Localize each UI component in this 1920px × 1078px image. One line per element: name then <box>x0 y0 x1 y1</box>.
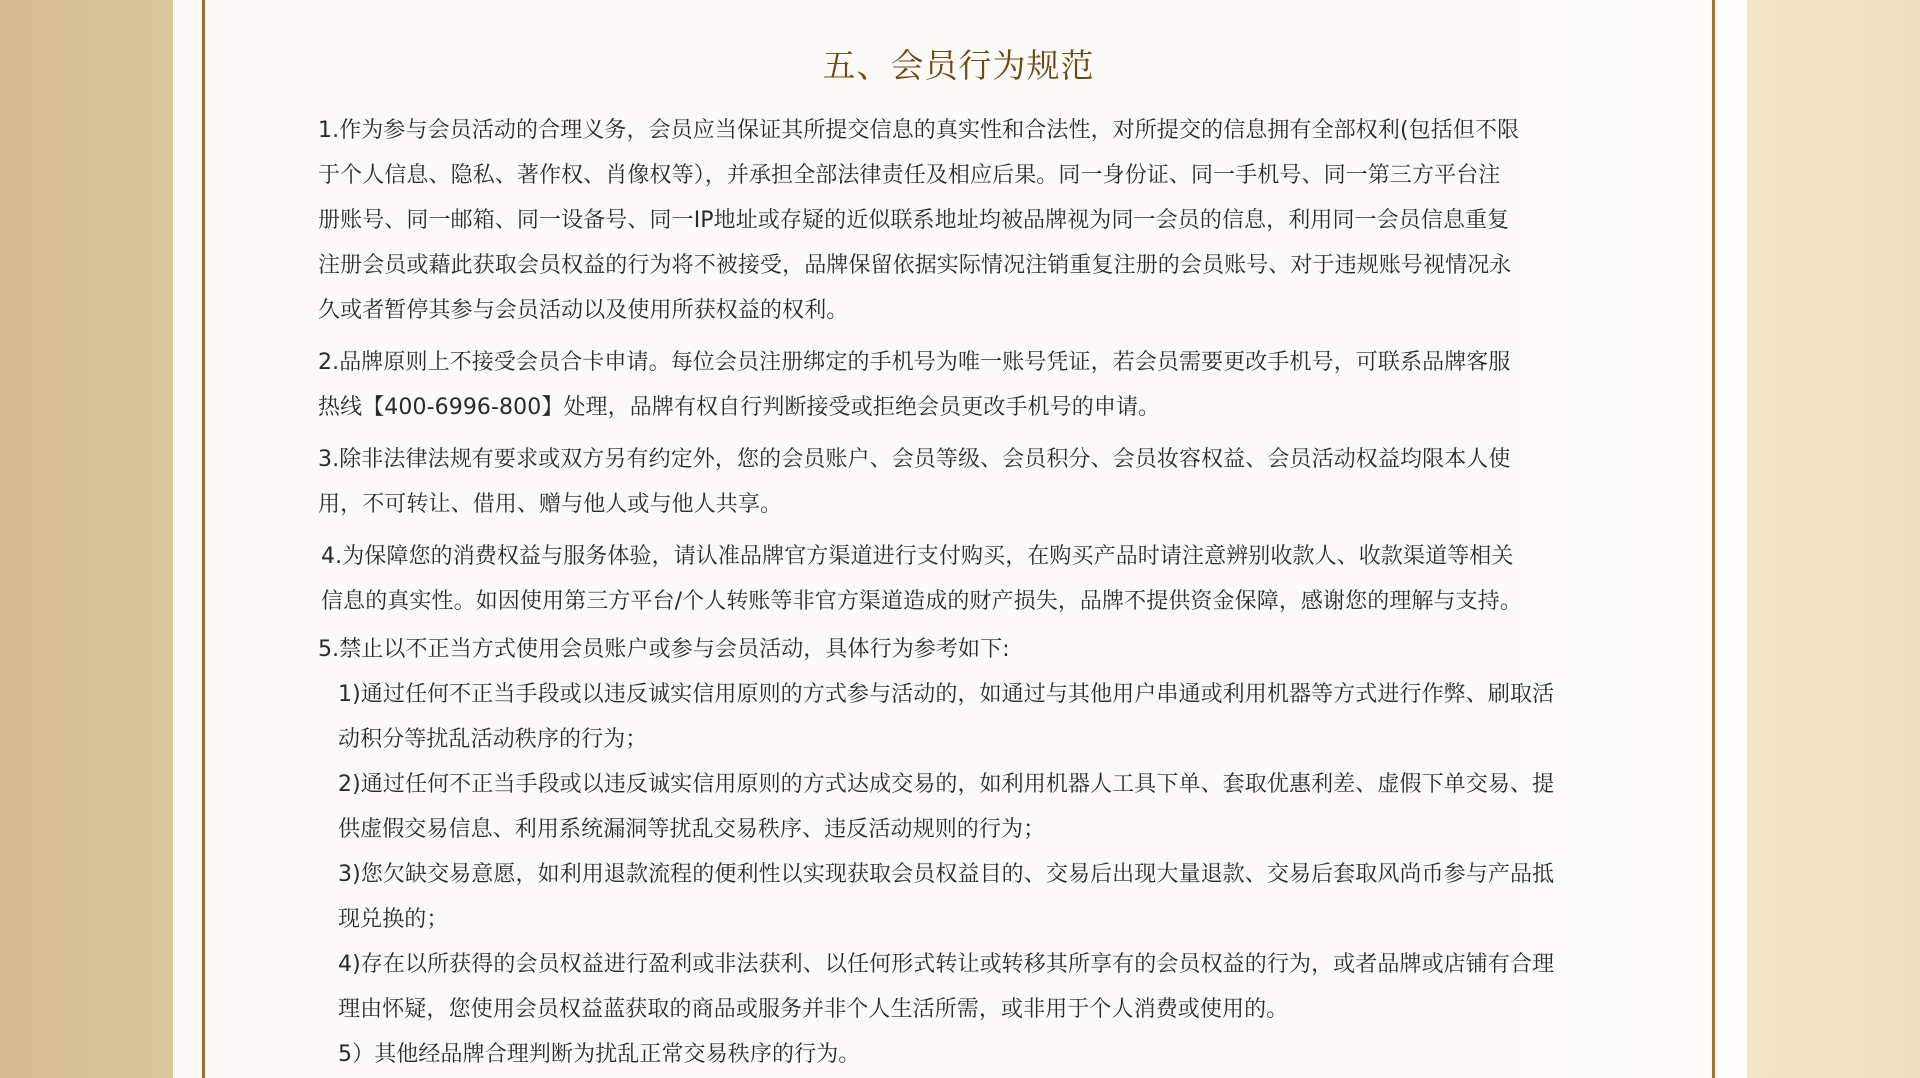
text-line: 热线【400-6996-800】处理，品牌有权自行判断接受或拒绝会员更改手机号的… <box>318 385 1608 430</box>
text-line: 动积分等扰乱活动秩序的行为； <box>338 717 1608 762</box>
sub-item-1: 1)通过任何不正当手段或以违反诚实信用原则的方式参与活动的，如通过与其他用户串通… <box>318 672 1608 762</box>
sub-item-5: 5）其他经品牌合理判断为扰乱正常交易秩序的行为。 <box>318 1032 1608 1077</box>
text-line: 供虚假交易信息、利用系统漏洞等扰乱交易秩序、违反活动规则的行为； <box>338 807 1608 852</box>
text-line: 4)存在以所获得的会员权益进行盈利或非法获利、以任何形式转让或转移其所享有的会员… <box>338 942 1608 987</box>
text-line: 3)您欠缺交易意愿，如利用退款流程的便利性以实现获取会员权益目的、交易后出现大量… <box>338 852 1608 897</box>
sub-item-2: 2)通过任何不正当手段或以违反诚实信用原则的方式达成交易的，如利用机器人工具下单… <box>318 762 1608 852</box>
text-line: 久或者暂停其参与会员活动以及使用所获权益的权利。 <box>318 288 1608 333</box>
rule-paragraph-5: 5.禁止以不正当方式使用会员账户或参与会员活动，具体行为参考如下: <box>318 627 1608 672</box>
text-line: 4.为保障您的消费权益与服务体验，请认准品牌官方渠道进行支付购买，在购买产品时请… <box>321 534 1608 579</box>
text-line: 2)通过任何不正当手段或以违反诚实信用原则的方式达成交易的，如利用机器人工具下单… <box>338 762 1608 807</box>
text-line: 册账号、同一邮箱、同一设备号、同一IP地址或存疑的近似联系地址均被品牌视为同一会… <box>318 198 1608 243</box>
rule-paragraph-1: 1.作为参与会员活动的合理义务，会员应当保证其所提交信息的真实性和合法性，对所提… <box>318 108 1608 333</box>
prohibited-behaviors-list: 1)通过任何不正当手段或以违反诚实信用原则的方式参与活动的，如通过与其他用户串通… <box>318 672 1608 1077</box>
text-line: 2.品牌原则上不接受会员合卡申请。每位会员注册绑定的手机号为唯一账号凭证，若会员… <box>318 340 1608 385</box>
decorative-frame: 五、会员行为规范 1.作为参与会员活动的合理义务，会员应当保证其所提交信息的真实… <box>202 0 1715 1078</box>
text-line: 于个人信息、隐私、著作权、肖像权等），并承担全部法律责任及相应后果。同一身份证、… <box>318 153 1608 198</box>
rule-paragraph-4: 4.为保障您的消费权益与服务体验，请认准品牌官方渠道进行支付购买，在购买产品时请… <box>318 534 1608 624</box>
rule-paragraph-2: 2.品牌原则上不接受会员合卡申请。每位会员注册绑定的手机号为唯一账号凭证，若会员… <box>318 340 1608 430</box>
text-line: 用，不可转让、借用、赠与他人或与他人共享。 <box>318 482 1608 527</box>
text-line: 1)通过任何不正当手段或以违反诚实信用原则的方式参与活动的，如通过与其他用户串通… <box>338 672 1608 717</box>
text-line: 5.禁止以不正当方式使用会员账户或参与会员活动，具体行为参考如下: <box>318 627 1608 672</box>
document-panel: 五、会员行为规范 1.作为参与会员活动的合理义务，会员应当保证其所提交信息的真实… <box>173 0 1747 1078</box>
section-title: 五、会员行为规范 <box>205 42 1712 90</box>
text-line: 5）其他经品牌合理判断为扰乱正常交易秩序的行为。 <box>338 1032 1608 1077</box>
text-line: 现兑换的； <box>338 897 1608 942</box>
text-line: 信息的真实性。如因使用第三方平台/个人转账等非官方渠道造成的财产损失，品牌不提供… <box>321 579 1608 624</box>
text-line: 3.除非法律法规有要求或双方另有约定外，您的会员账户、会员等级、会员积分、会员妆… <box>318 437 1608 482</box>
rules-content: 1.作为参与会员活动的合理义务，会员应当保证其所提交信息的真实性和合法性，对所提… <box>318 108 1608 1077</box>
sub-item-3: 3)您欠缺交易意愿，如利用退款流程的便利性以实现获取会员权益目的、交易后出现大量… <box>318 852 1608 942</box>
text-line: 1.作为参与会员活动的合理义务，会员应当保证其所提交信息的真实性和合法性，对所提… <box>318 108 1608 153</box>
text-line: 注册会员或藉此获取会员权益的行为将不被接受，品牌保留依据实际情况注销重复注册的会… <box>318 243 1608 288</box>
text-line: 理由怀疑，您使用会员权益蓝获取的商品或服务并非个人生活所需，或非用于个人消费或使… <box>338 987 1608 1032</box>
rule-paragraph-3: 3.除非法律法规有要求或双方另有约定外，您的会员账户、会员等级、会员积分、会员妆… <box>318 437 1608 527</box>
sub-item-4: 4)存在以所获得的会员权益进行盈利或非法获利、以任何形式转让或转移其所享有的会员… <box>318 942 1608 1032</box>
